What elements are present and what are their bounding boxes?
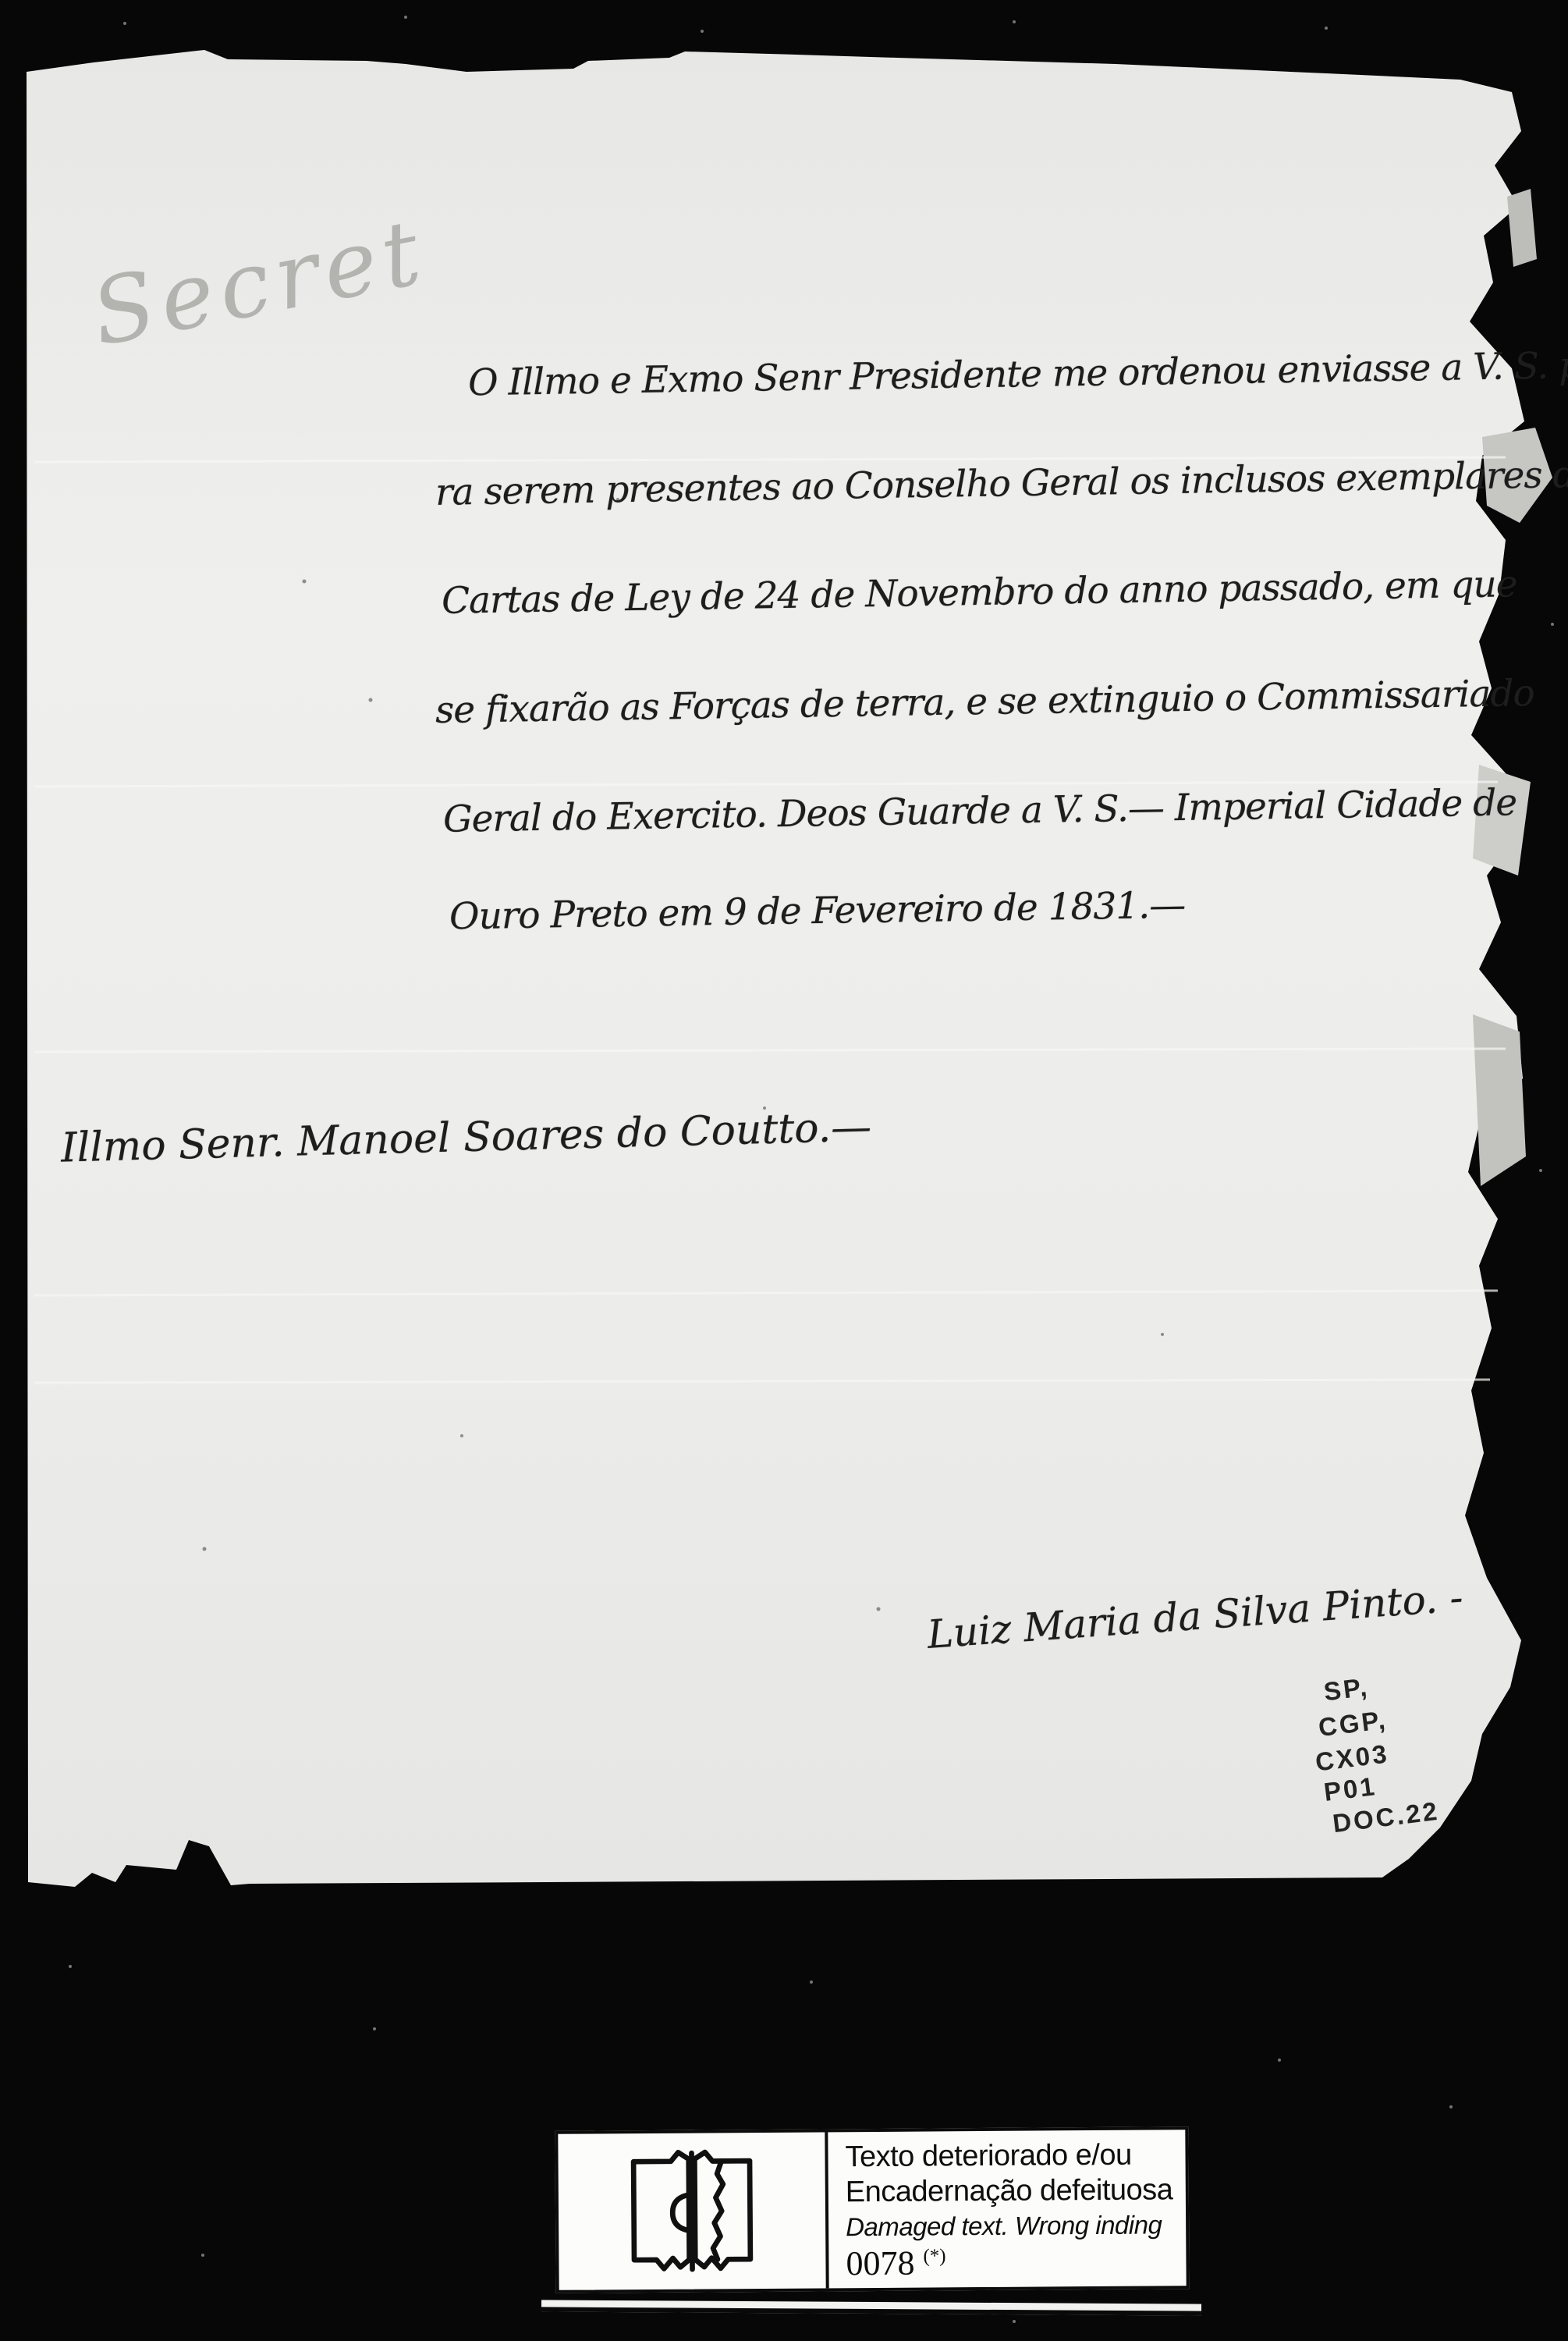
torn-flap — [1473, 1014, 1526, 1186]
scanned-document-page: Secret O Illmo e Exmo Senr Presidente me… — [0, 0, 1568, 2341]
damage-stamp: Texto deteriorado e/ou Encadernação defe… — [555, 2126, 1189, 2293]
stamp-text-pt-line1: Texto deteriorado e/ou — [845, 2137, 1172, 2175]
stamp-number-row: 0078 (*) — [846, 2241, 1173, 2283]
stamp-number-note: (*) — [923, 2245, 945, 2266]
damaged-open-book-icon — [609, 2147, 774, 2275]
stamp-text-pt-line2: Encadernação defeituosa — [846, 2172, 1173, 2210]
stamp-text-en: Damaged text. Wrong inding — [846, 2210, 1173, 2242]
stamp-icon-cell — [558, 2132, 828, 2289]
stamp-text-block: Texto deteriorado e/ou Encadernação defe… — [828, 2130, 1178, 2288]
archival-code-line: SP, — [1322, 1672, 1371, 1707]
stamp-number: 0078 — [846, 2243, 914, 2282]
torn-flap — [1507, 189, 1537, 267]
